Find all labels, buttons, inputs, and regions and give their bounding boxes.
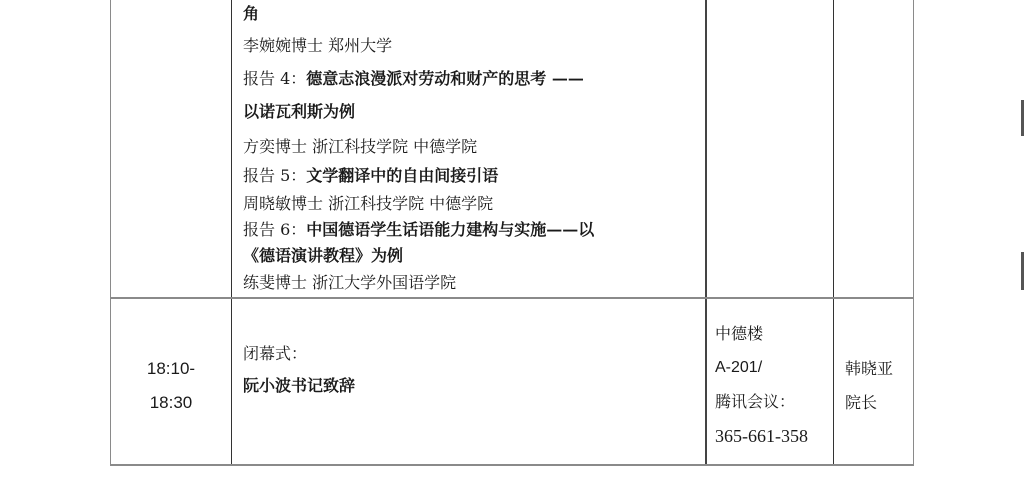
closing-speech: 阮小波书记致辞 xyxy=(243,370,703,402)
host-title: 院长 xyxy=(845,386,911,420)
meeting-id: 365-661-358 xyxy=(715,419,833,453)
time-start: 18:10- xyxy=(111,352,231,386)
row-divider xyxy=(110,297,914,299)
speaker-line: 练斐博士 浙江大学外国语学院 xyxy=(243,272,456,294)
report-label: 报告 6： xyxy=(243,220,306,239)
report-title-line: 《德语演讲教程》为例 xyxy=(243,245,403,267)
speaker-line: 李婉婉博士 郑州大学 xyxy=(243,35,392,57)
report-label: 报告 5： xyxy=(243,166,306,185)
column-divider-content xyxy=(705,0,707,466)
session-content-continued: 角 李婉婉博士 郑州大学 报告 4：德意志浪漫派对劳动和财产的思考 —— 以诺瓦… xyxy=(243,0,703,296)
time-end: 18:30 xyxy=(111,386,231,420)
closing-host: 韩晓亚 院长 xyxy=(845,352,911,420)
report-6-title: 报告 6：中国德语学生话语能力建构与实施——以 xyxy=(243,219,594,241)
closing-time: 18:10- 18:30 xyxy=(111,352,231,420)
location-online-label: 腾讯会议： xyxy=(715,385,833,419)
closing-ceremony-title: 闭幕式： xyxy=(243,338,703,370)
report-title-line: 以诺瓦利斯为例 xyxy=(243,101,355,123)
closing-content: 闭幕式： 阮小波书记致辞 xyxy=(243,338,703,402)
report-title-line: 角 xyxy=(243,3,259,25)
report-label: 报告 4： xyxy=(243,69,306,88)
location-building: 中德楼 xyxy=(715,317,833,351)
table-border-bottom xyxy=(110,464,914,466)
report-5-title: 报告 5：文学翻译中的自由间接引语 xyxy=(243,165,498,187)
closing-location: 中德楼 A-201/ 腾讯会议： 365-661-358 xyxy=(715,317,833,453)
column-divider-location xyxy=(833,0,834,466)
speaker-line: 周晓敏博士 浙江科技学院 中德学院 xyxy=(243,193,493,215)
report-4-title: 报告 4：德意志浪漫派对劳动和财产的思考 —— xyxy=(243,68,584,90)
table-border-right xyxy=(913,0,914,466)
column-divider-time xyxy=(231,0,232,466)
host-name: 韩晓亚 xyxy=(845,352,911,386)
speaker-line: 方奕博士 浙江科技学院 中德学院 xyxy=(243,136,477,158)
location-room: A-201/ xyxy=(715,351,833,385)
